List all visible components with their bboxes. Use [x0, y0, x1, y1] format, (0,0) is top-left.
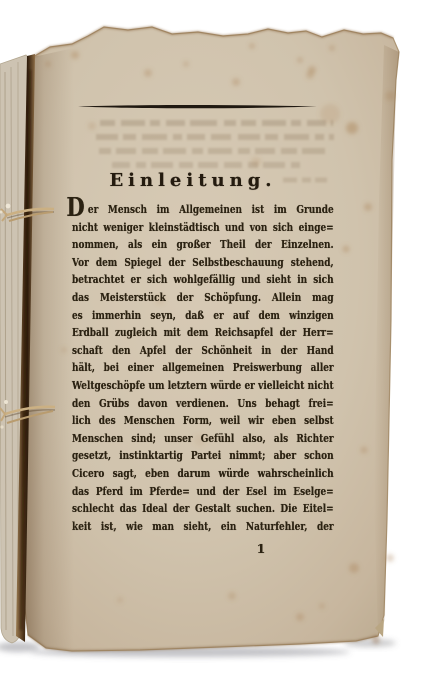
text-line: nicht weniger kleinstädtisch und von sic…: [72, 219, 334, 237]
text-line: keit ist, wie man sieht, ein Naturfehler…: [72, 518, 334, 536]
text-line: betrachtet er sich wohlgefällig und sieh…: [72, 271, 334, 289]
text-line: schlecht das Ideal der Gestalt suchen. D…: [72, 500, 334, 518]
text-line: Vor dem Spiegel der Selbstbeschauung ste…: [72, 254, 334, 272]
text-line: gesetzt, instinktartig Partei nimmt; abe…: [72, 447, 334, 465]
text-line: D er Mensch im Allgemeinen ist im Grunde: [72, 201, 334, 219]
text-line: es immerhin seyn, daß er auf dem winzige…: [72, 307, 334, 325]
page-number: 1: [252, 541, 270, 556]
drop-cap-initial: D: [66, 198, 84, 218]
text-line: das Meisterstück der Schöpfung. Allein m…: [72, 289, 334, 307]
text-line: Erdball zugleich mit dem Reichsapfel der…: [72, 324, 334, 342]
first-line-text: er Mensch im Allgemeinen ist im Grunde: [88, 201, 334, 219]
text-line: das Pferd im Pferde= und der Esel im Ese…: [72, 483, 334, 501]
text-line: Menschen sind; unser Gefühl also, als Ri…: [72, 430, 334, 448]
text-line: schaft den Apfel der Schönheit in der Ha…: [72, 342, 334, 360]
text-line: Weltgeschöpfe um letztern würde er viell…: [72, 377, 334, 395]
chapter-heading: Einleitung.: [63, 170, 323, 192]
text-line: Cicero sagt, eben darum würde wahrschein…: [72, 465, 334, 483]
text-line: den Grübs davon verdienen. Uns behagt fr…: [72, 395, 334, 413]
text-line: hält, bei einer allgemeinen Preiswerbung…: [72, 359, 334, 377]
text-line: lich des Menschen Form, weil wir eben se…: [72, 412, 334, 430]
body-text: D er Mensch im Allgemeinen ist im Grunde…: [72, 201, 334, 535]
book-photo: Einleitung. D er Mensch im Allgemeinen i…: [0, 0, 428, 700]
text-line: nommen, als ein großer Theil der Einzeln…: [72, 236, 334, 254]
